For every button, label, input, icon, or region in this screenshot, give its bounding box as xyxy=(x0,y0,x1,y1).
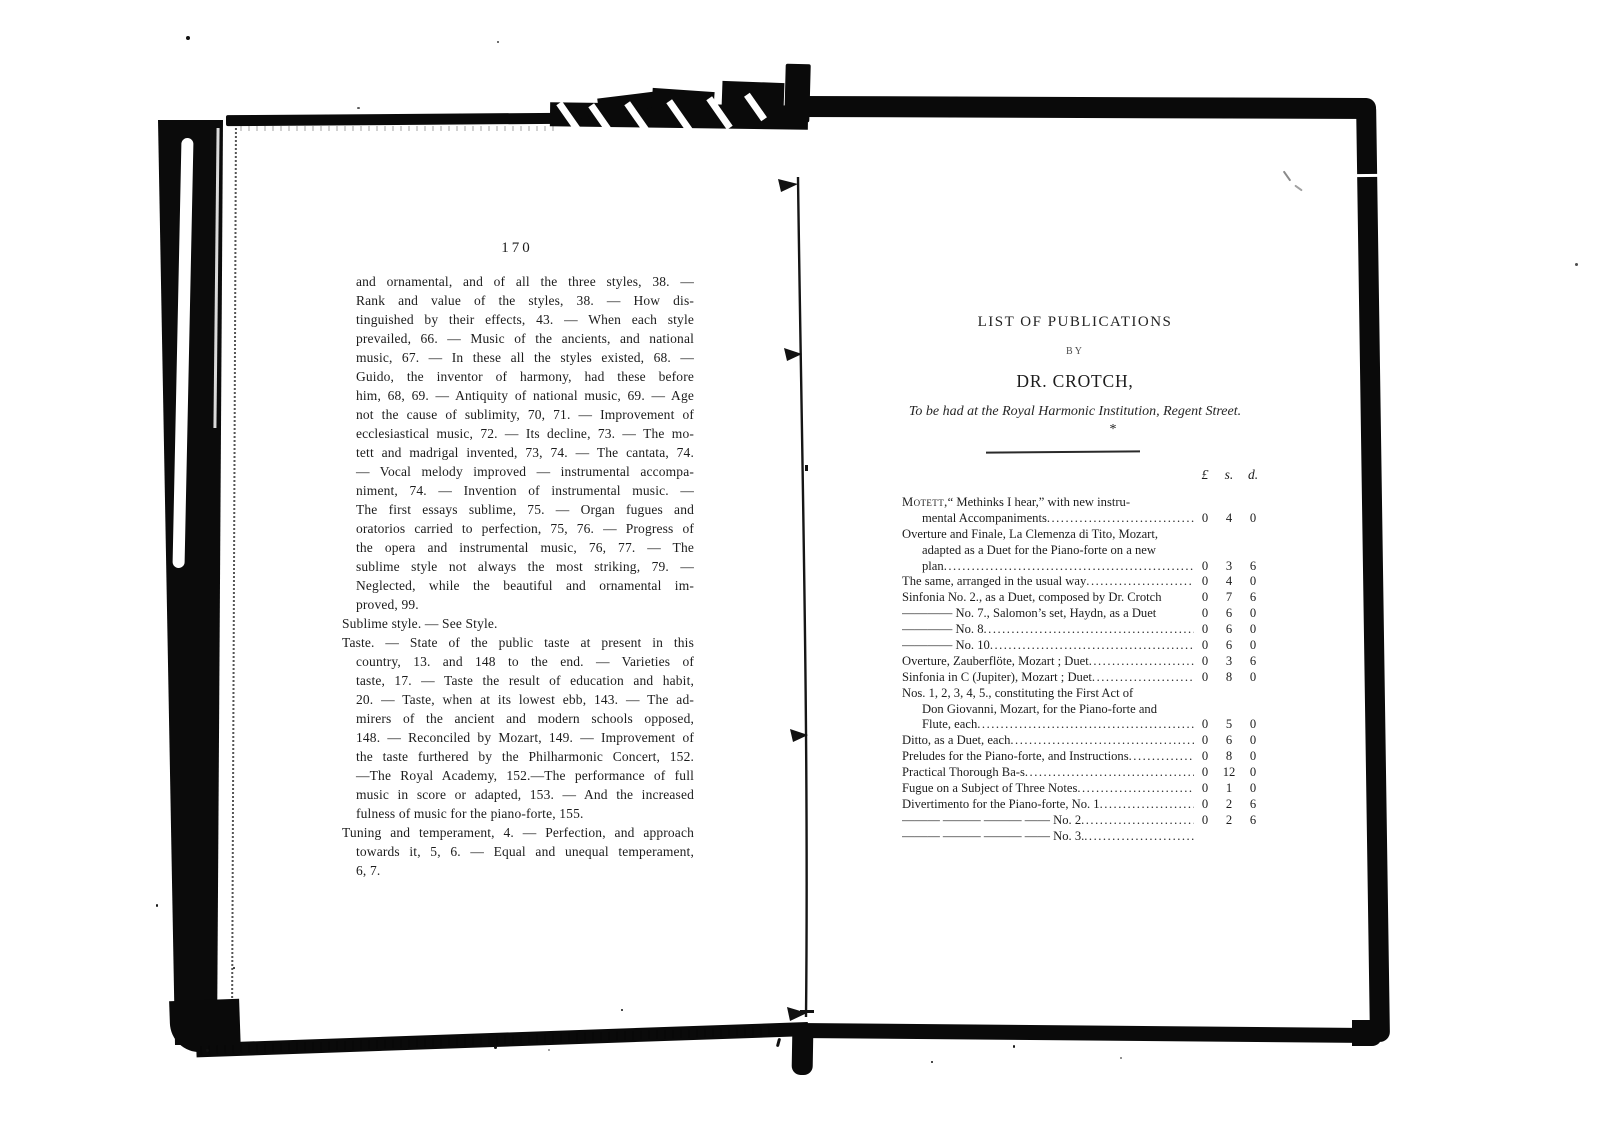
price-shillings: 8 xyxy=(1216,670,1242,685)
list-item: Practical Thorough Ba-s.................… xyxy=(902,765,1264,781)
item-label: Divertimento for the Piano-forte, No. 1.… xyxy=(902,797,1194,812)
ink-speck xyxy=(621,1009,623,1011)
leader-dots: ........................................… xyxy=(990,638,1194,653)
item-text: Practical Thorough Ba-s xyxy=(902,765,1025,780)
item-label: Ditto, as a Duet, each..................… xyxy=(902,733,1194,748)
price-pence: 6 xyxy=(1242,797,1264,812)
leader-dots: ........................................… xyxy=(1089,654,1194,669)
index-line: 20. — Taste, when at its lowest ebb, 143… xyxy=(342,690,694,709)
list-item: ———— No. 7., Salomon’s set, Haydn, as a … xyxy=(902,606,1264,622)
index-line: prevailed, 66. — Music of the ancients, … xyxy=(342,329,694,348)
index-line: niment, 74. — Invention of instrumental … xyxy=(342,481,694,500)
item-text: Overture, Zauberflöte, Mozart ; Duet xyxy=(902,654,1089,669)
list-item: ——— ——— ——— —— No. 3. ..................… xyxy=(902,829,1264,845)
item-text: Nos. 1, 2, 3, 4, 5., constituting the Fi… xyxy=(902,686,1133,701)
list-item: Overture, Zauberflöte, Mozart ; Duet....… xyxy=(902,654,1264,670)
leader-dots: ........................................… xyxy=(977,717,1194,732)
index-line: not the cause of sublimity, 70, 71. — Im… xyxy=(342,405,694,424)
index-line: and ornamental, and of all the three sty… xyxy=(342,272,694,291)
list-item: Motett, “ Methinks I hear,” with new ins… xyxy=(902,495,1264,511)
item-label: Sinfonia No. 2., as a Duet, composed by … xyxy=(902,590,1194,605)
item-label: Sinfonia in C (Jupiter), Mozart ; Duet..… xyxy=(902,670,1194,685)
price-pounds: 0 xyxy=(1194,559,1216,574)
divider-rule xyxy=(986,450,1140,453)
list-item: The same, arranged in the usual way.....… xyxy=(902,574,1264,590)
index-line: country, 13. and 148 to the end. — Varie… xyxy=(342,652,694,671)
price-shillings: 12 xyxy=(1216,765,1242,780)
item-label: Overture, Zauberflöte, Mozart ; Duet....… xyxy=(902,654,1194,669)
index-line: fulness of music for the piano-forte, 15… xyxy=(342,804,694,823)
index-text: and ornamental, and of all the three sty… xyxy=(342,272,694,880)
publications-title: LIST OF PUBLICATIONS xyxy=(875,314,1275,331)
index-line: —The Royal Academy, 152.—The performance… xyxy=(342,766,694,785)
stitch-mark xyxy=(805,465,808,471)
price-pounds: 0 xyxy=(1194,638,1216,653)
price-pence: 0 xyxy=(1242,781,1264,796)
index-line: Neglected, while the beautiful and ornam… xyxy=(342,576,694,595)
price-pounds: 0 xyxy=(1194,654,1216,669)
ink-speck xyxy=(1013,1045,1015,1048)
index-line: ecclesiastical music, 72. — Its decline,… xyxy=(342,424,694,443)
price-pounds: 0 xyxy=(1194,622,1216,637)
price-pence: 0 xyxy=(1242,765,1264,780)
index-line: Taste. — State of the public taste at pr… xyxy=(342,633,694,652)
list-item: adapted as a Duet for the Piano-forte on… xyxy=(902,543,1264,559)
item-text: ——— ——— ——— —— No. 2 xyxy=(902,813,1081,828)
item-label: Practical Thorough Ba-s.................… xyxy=(902,765,1194,780)
book-scan: 170 and ornamental, and of all the three… xyxy=(0,0,1599,1129)
item-label: Nos. 1, 2, 3, 4, 5., constituting the Fi… xyxy=(902,686,1194,701)
index-line: him, 68, 69. — Antiquity of national mus… xyxy=(342,386,694,405)
index-line: Guido, the inventor of harmony, had thes… xyxy=(342,367,694,386)
price-shillings: 5 xyxy=(1216,717,1242,732)
list-item: ———— No. 10.............................… xyxy=(902,638,1264,654)
index-line: taste, 17. — Taste the result of educati… xyxy=(342,671,694,690)
price-shillings: 2 xyxy=(1216,797,1242,812)
leader-dots: ........................................… xyxy=(1084,829,1194,844)
price-pounds: 0 xyxy=(1194,670,1216,685)
price-pounds: 0 xyxy=(1194,590,1216,605)
index-line: Rank and value of the styles, 38. — How … xyxy=(342,291,694,310)
item-label: Preludes for the Piano-forte, and Instru… xyxy=(902,749,1194,764)
list-item: Preludes for the Piano-forte, and Instru… xyxy=(902,749,1264,765)
item-text: Flute, each xyxy=(922,717,977,732)
list-item: Ditto, as a Duet, each..................… xyxy=(902,733,1264,749)
item-label: ——— ——— ——— —— No. 2....................… xyxy=(902,813,1194,828)
book-top-edge-right xyxy=(798,96,1376,119)
item-label: Fugue on a Subject of Three Notes.......… xyxy=(902,781,1194,796)
index-line: Sublime style. — See Style. xyxy=(342,614,694,633)
index-line: the opera and instrumental music, 76, 77… xyxy=(342,538,694,557)
price-pounds: 0 xyxy=(1194,813,1216,828)
ink-speck xyxy=(186,36,190,40)
item-text: plan xyxy=(922,559,944,574)
index-line: mirers of the ancient and modern schools… xyxy=(342,709,694,728)
leader-dots: ........................................… xyxy=(1086,574,1194,589)
item-text: Don Giovanni, Mozart, for the Piano-fort… xyxy=(922,702,1157,717)
price-shillings: 3 xyxy=(1216,559,1242,574)
ink-speck xyxy=(206,1049,209,1052)
item-label: mental Accompaniments...................… xyxy=(902,511,1194,526)
leader-dots: ........................................… xyxy=(1100,797,1194,812)
leader-dots: ........................................… xyxy=(1047,511,1194,526)
price-shillings: 7 xyxy=(1216,590,1242,605)
index-line: tinguished by their effects, 43. — When … xyxy=(342,310,694,329)
price-pounds: 0 xyxy=(1194,606,1216,621)
index-line: the taste furthered by the Philharmonic … xyxy=(342,747,694,766)
item-text: ——— ——— ——— —— No. 3. xyxy=(902,829,1084,844)
index-line: 148. — Reconciled by Mozart, 149. — Impr… xyxy=(342,728,694,747)
item-label: plan ...................................… xyxy=(902,559,1194,574)
ink-speck xyxy=(1575,263,1578,266)
index-line: 6, 7. xyxy=(342,861,694,880)
book-top-edge-left xyxy=(226,113,558,126)
price-pence: 0 xyxy=(1242,606,1264,621)
item-label: Overture and Finale, La Clemenza di Tito… xyxy=(902,527,1194,542)
index-line: music in score or adapted, 153. — And th… xyxy=(342,785,694,804)
price-shillings: 3 xyxy=(1216,654,1242,669)
list-item: Overture and Finale, La Clemenza di Tito… xyxy=(902,527,1264,543)
price-shillings: 4 xyxy=(1216,574,1242,589)
book-bottom-edge-right xyxy=(798,1023,1380,1043)
ink-speck xyxy=(1120,1057,1122,1059)
price-pence: 0 xyxy=(1242,511,1264,526)
list-item: Sinfonia No. 2., as a Duet, composed by … xyxy=(902,590,1264,606)
index-line: oratorios carried to perfection, 75, 76.… xyxy=(342,519,694,538)
item-label: ——— ——— ——— —— No. 3. ..................… xyxy=(902,829,1194,844)
leader-dots: ........................................… xyxy=(984,622,1194,637)
publication-list: Motett, “ Methinks I hear,” with new ins… xyxy=(902,495,1264,845)
price-pence: 0 xyxy=(1242,638,1264,653)
index-line: — Vocal melody improved — instrumental a… xyxy=(342,462,694,481)
item-label: Don Giovanni, Mozart, for the Piano-fort… xyxy=(902,702,1194,717)
small-caps-word: Motett, xyxy=(902,495,948,510)
imprint-line: To be had at the Royal Harmonic Institut… xyxy=(875,404,1275,420)
price-shillings: 4 xyxy=(1216,511,1242,526)
stitch-mark xyxy=(787,1007,807,1021)
stitch-mark xyxy=(784,348,802,361)
stitch-mark xyxy=(800,1010,814,1013)
ink-fuzz xyxy=(240,126,560,131)
item-text: The same, arranged in the usual way xyxy=(902,574,1086,589)
price-pence: 0 xyxy=(1242,749,1264,764)
leader-dots: ........................................… xyxy=(1081,813,1194,828)
pence-symbol: d. xyxy=(1242,467,1264,483)
item-label: ———— No. 7., Salomon’s set, Haydn, as a … xyxy=(902,606,1194,621)
list-item: Fugue on a Subject of Three Notes.......… xyxy=(902,781,1264,797)
ink-speck xyxy=(497,41,499,43)
leader-dots: ........................................… xyxy=(1010,733,1194,748)
page-fore-edge-line xyxy=(231,128,237,1018)
item-text: adapted as a Duet for the Piano-forte on… xyxy=(922,543,1156,558)
item-text: “ Methinks I hear,” with new instru- xyxy=(948,495,1130,510)
price-pounds: 0 xyxy=(1194,574,1216,589)
price-pounds: 0 xyxy=(1194,717,1216,732)
price-shillings: 6 xyxy=(1216,638,1242,653)
index-line: towards it, 5, 6. — Equal and unequal te… xyxy=(342,842,694,861)
item-label: Motett, “ Methinks I hear,” with new ins… xyxy=(902,495,1194,510)
leader-dots: ........................................… xyxy=(1092,670,1194,685)
price-pence: 6 xyxy=(1242,654,1264,669)
list-item: ———— No. 8..............................… xyxy=(902,622,1264,638)
item-text: Divertimento for the Piano-forte, No. 1 xyxy=(902,797,1100,812)
spacer xyxy=(902,467,1194,483)
page-number: 170 xyxy=(342,240,692,257)
price-shillings: 2 xyxy=(1216,813,1242,828)
shilling-symbol: s. xyxy=(1216,467,1242,483)
price-pence: 0 xyxy=(1242,733,1264,748)
price-pounds: 0 xyxy=(1194,781,1216,796)
price-shillings: 6 xyxy=(1216,622,1242,637)
index-line: sublime style not always the most striki… xyxy=(342,557,694,576)
price-shillings: 1 xyxy=(1216,781,1242,796)
item-text: ———— No. 10 xyxy=(902,638,990,653)
item-label: adapted as a Duet for the Piano-forte on… xyxy=(902,543,1194,558)
item-label: ———— No. 10.............................… xyxy=(902,638,1194,653)
price-pounds: 0 xyxy=(1194,511,1216,526)
price-pence: 6 xyxy=(1242,813,1264,828)
item-label: Flute, each.............................… xyxy=(902,717,1194,732)
ink-speck xyxy=(776,1038,781,1047)
list-item: Don Giovanni, Mozart, for the Piano-fort… xyxy=(902,702,1264,718)
price-shillings: 6 xyxy=(1216,733,1242,748)
list-item: mental Accompaniments...................… xyxy=(902,511,1264,527)
list-item: Divertimento for the Piano-forte, No. 1.… xyxy=(902,797,1264,813)
edge-notch xyxy=(1355,174,1379,177)
price-pence: 0 xyxy=(1242,574,1264,589)
ink-speck xyxy=(156,904,158,907)
index-line: music, 67. — In these all the styles exi… xyxy=(342,348,694,367)
ink-speck xyxy=(548,1049,550,1051)
pen-mark xyxy=(1294,185,1303,192)
ink-speck xyxy=(494,1046,497,1049)
book-corner-bottom-right xyxy=(1352,1020,1382,1046)
index-line: tett and madrigal invented, 73, 74. — Th… xyxy=(342,443,694,462)
ink-speck xyxy=(233,967,235,969)
pen-mark xyxy=(1283,171,1292,182)
currency-header: £ s. d. xyxy=(902,467,1264,483)
item-text: ———— No. 7., Salomon’s set, Haydn, as a … xyxy=(902,606,1156,621)
item-label: ———— No. 8..............................… xyxy=(902,622,1194,637)
item-text: Fugue on a Subject of Three Notes xyxy=(902,781,1077,796)
stitch-mark xyxy=(778,179,798,192)
price-pounds: 0 xyxy=(1194,749,1216,764)
leader-dots: ........................................… xyxy=(1077,781,1194,796)
item-label: The same, arranged in the usual way.....… xyxy=(902,574,1194,589)
price-pence: 6 xyxy=(1242,590,1264,605)
by-label: BY xyxy=(875,346,1275,357)
title-block: LIST OF PUBLICATIONS BY DR. CROTCH, To b… xyxy=(875,314,1275,438)
list-item: Nos. 1, 2, 3, 4, 5., constituting the Fi… xyxy=(902,686,1264,702)
leader-dots: ........................................… xyxy=(1025,765,1194,780)
leader-dots: ........................................… xyxy=(1129,749,1194,764)
index-line: The first essays sublime, 75. — Organ fu… xyxy=(342,500,694,519)
author-name: DR. CROTCH, xyxy=(875,371,1275,392)
price-shillings: 8 xyxy=(1216,749,1242,764)
item-text: Ditto, as a Duet, each xyxy=(902,733,1010,748)
index-line: proved, 99. xyxy=(342,595,694,614)
index-line: Tuning and temperament, 4. — Perfection,… xyxy=(342,823,694,842)
item-text: Overture and Finale, La Clemenza di Tito… xyxy=(902,527,1158,542)
item-text: mental Accompaniments xyxy=(922,511,1047,526)
list-item: plan ...................................… xyxy=(902,559,1264,575)
ink-speck xyxy=(931,1061,933,1063)
price-pence: 0 xyxy=(1242,670,1264,685)
price-pounds: 0 xyxy=(1194,765,1216,780)
section-mark: * xyxy=(875,422,1275,438)
item-text: Sinfonia No. 2., as a Duet, composed by … xyxy=(902,590,1162,605)
price-pounds: 0 xyxy=(1194,797,1216,812)
pound-symbol: £ xyxy=(1194,467,1216,483)
price-pence: 0 xyxy=(1242,622,1264,637)
spine-crease xyxy=(765,165,835,1035)
list-item: Sinfonia in C (Jupiter), Mozart ; Duet..… xyxy=(902,670,1264,686)
price-pence: 6 xyxy=(1242,559,1264,574)
list-item: ——— ——— ——— —— No. 2....................… xyxy=(902,813,1264,829)
price-shillings: 6 xyxy=(1216,606,1242,621)
price-pence: 0 xyxy=(1242,717,1264,732)
item-text: Preludes for the Piano-forte, and Instru… xyxy=(902,749,1129,764)
item-text: Sinfonia in C (Jupiter), Mozart ; Duet xyxy=(902,670,1092,685)
item-text: ———— No. 8 xyxy=(902,622,984,637)
leader-dots: ........................................… xyxy=(944,559,1194,574)
list-item: Flute, each.............................… xyxy=(902,717,1264,733)
ink-speck xyxy=(357,107,360,109)
price-pounds: 0 xyxy=(1194,733,1216,748)
book-right-edge xyxy=(1356,98,1390,1042)
